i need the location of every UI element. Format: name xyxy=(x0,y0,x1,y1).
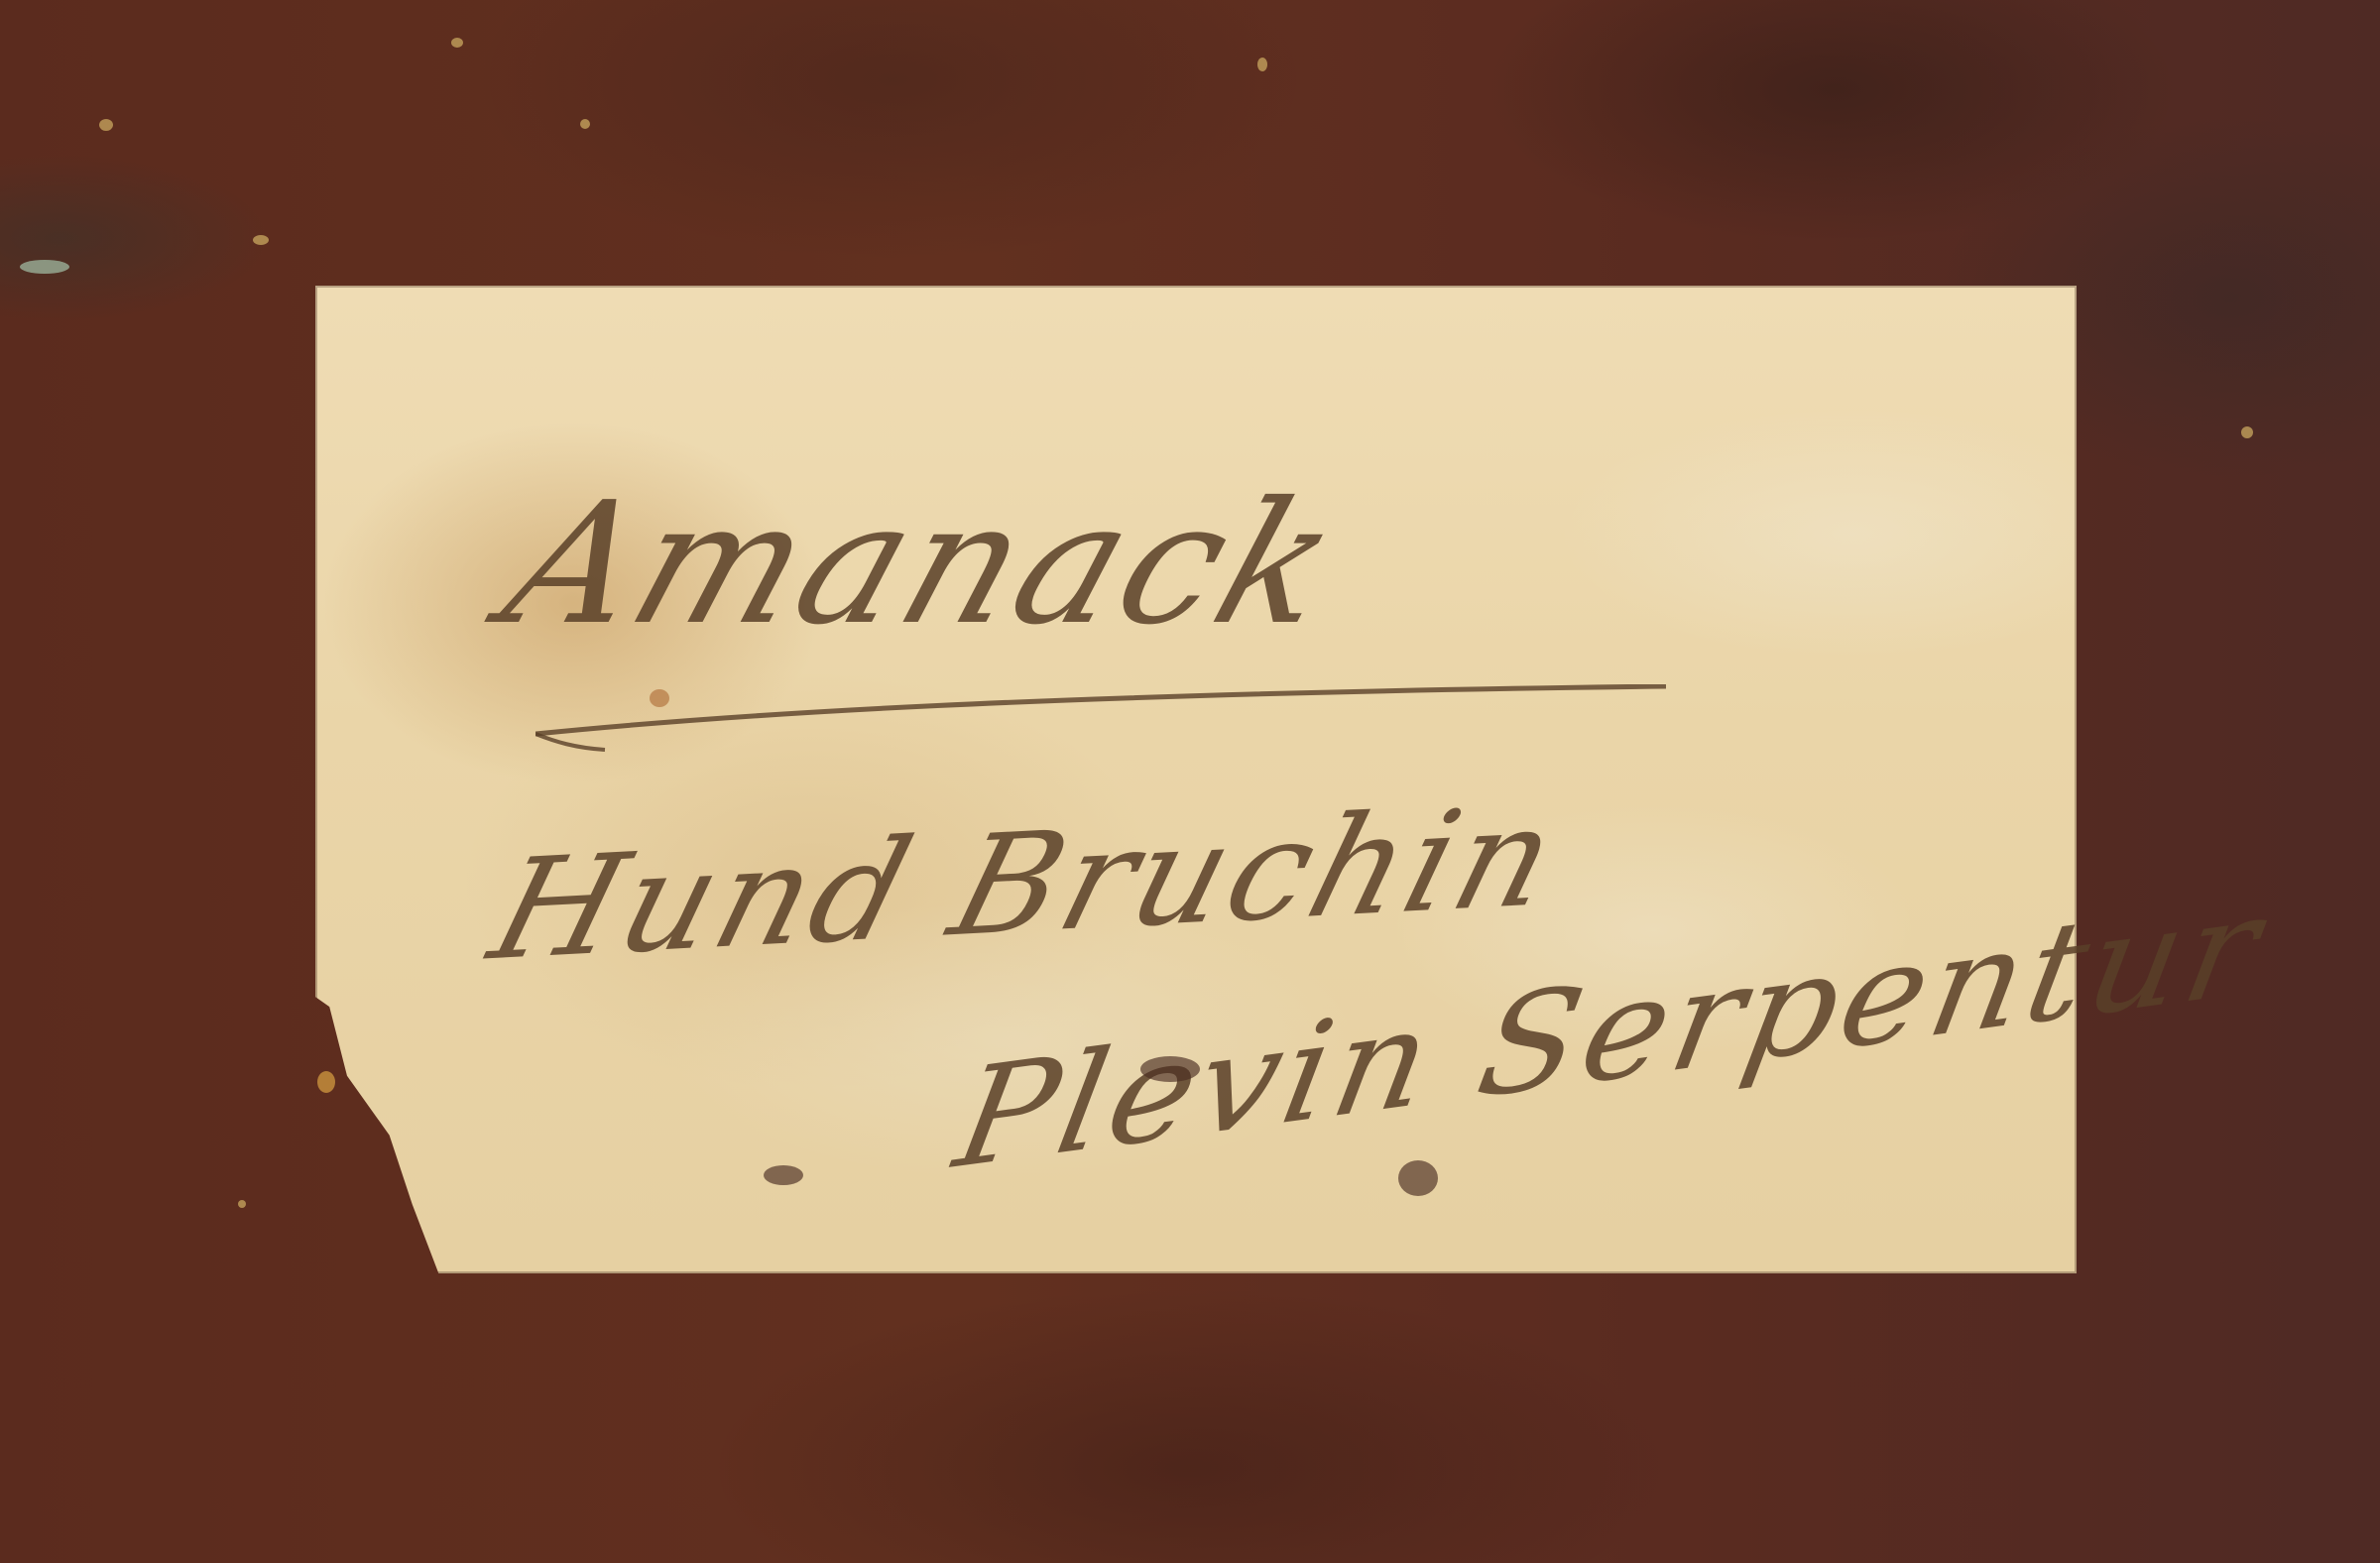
title-underline xyxy=(535,684,1666,754)
ink-stain xyxy=(1140,1056,1200,1082)
dust-speck xyxy=(451,38,463,48)
dust-speck xyxy=(238,1200,246,1208)
dust-speck xyxy=(20,260,69,274)
ink-stain xyxy=(1398,1160,1438,1196)
dust-speck xyxy=(317,1071,335,1093)
dust-speck xyxy=(2241,426,2253,438)
label-title-handwriting: Amanack xyxy=(484,466,1364,662)
ink-stain xyxy=(650,689,669,707)
ink-stain xyxy=(764,1165,803,1185)
dust-speck xyxy=(253,235,269,245)
dust-speck xyxy=(99,119,113,131)
dust-speck xyxy=(580,119,590,129)
dust-speck xyxy=(1257,58,1267,71)
